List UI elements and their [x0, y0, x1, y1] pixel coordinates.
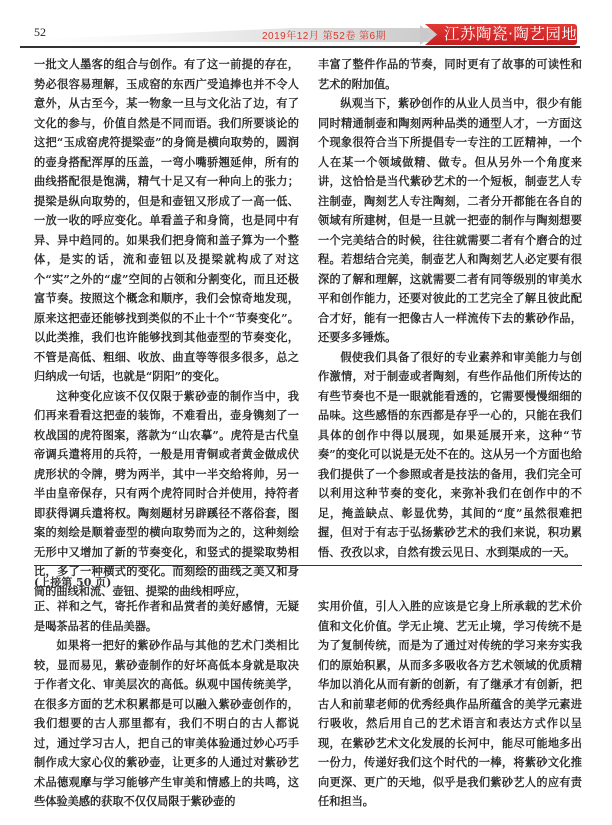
paragraph: 一批文人墨客的组合与创作。有了这一前提的存在，势必很容易理解，玉成窑的东西广受追…: [34, 55, 299, 387]
header-swoosh-decoration: [40, 28, 460, 42]
continuation-label: (上接第 50 页): [34, 574, 111, 590]
page-number: 52: [34, 25, 46, 40]
paragraph: 实用价值，引人入胜的应该是它身上所承载的艺术价值和文化价值。学无止境、艺无止境，…: [318, 597, 582, 812]
paragraph: 纵观当下，紫砂创作的从业人员当中，很少有能同时精通制壶和陶刻两种品类的通型人才，…: [318, 94, 582, 348]
paragraph: 这种变化应该不仅仅限于紫砂壶的制作当中，我们再来看看这把壶的装饰，不难看出，壶身…: [34, 387, 299, 602]
article-right-column: 丰富了整件作品的节奏，同时更有了故事的可读性和艺术的附加值。 纵观当下，紫砂创作…: [318, 55, 582, 562]
header-rule: [20, 46, 580, 48]
paragraph: 假使我们具备了很好的专业素养和审美能力与创作激情，对于制壶或者陶刻，有些作品他们…: [318, 348, 582, 563]
paragraph: 如果将一把好的紫砂作品与其他的艺术门类相比较，显而易见，紫砂壶制作的好坏高低本身…: [34, 636, 299, 812]
section-divider: [34, 565, 582, 566]
continuation-right-column: 实用价值，引人入胜的应该是它身上所承载的艺术价值和文化价值。学无止境、艺无止境，…: [318, 597, 582, 812]
paragraph: 丰富了整件作品的节奏，同时更有了故事的可读性和艺术的附加值。: [318, 55, 582, 94]
journal-title: 江苏陶瓷·陶艺园地: [444, 24, 577, 45]
page-header: 52 2019年12月 第52卷 第6期 江苏陶瓷·陶艺园地: [0, 0, 612, 50]
paragraph: 正、祥和之气，寄托作者和品赏者的美好感情，无疑是喝茶品茗的佳品美器。: [34, 597, 299, 636]
issue-info: 2019年12月 第52卷 第6期: [262, 27, 386, 42]
article-left-column: 一批文人墨客的组合与创作。有了这一前提的存在，势必很容易理解，玉成窑的东西广受追…: [34, 55, 299, 601]
continuation-left-column: 正、祥和之气，寄托作者和品赏者的美好感情，无疑是喝茶品茗的佳品美器。 如果将一把…: [34, 597, 299, 812]
